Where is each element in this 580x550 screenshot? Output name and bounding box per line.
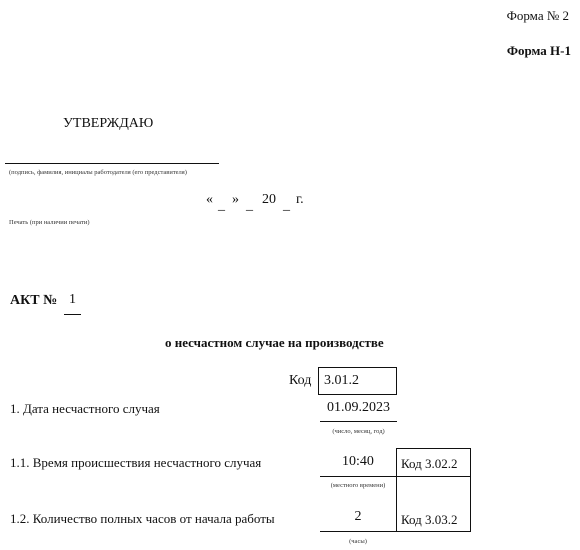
code-label: Код xyxy=(289,373,311,389)
codes-box: Код 3.02.2 Код 3.03.2 xyxy=(396,448,471,532)
date-day-blank: _ xyxy=(217,198,227,214)
date-label: 1. Дата несчастного случая xyxy=(10,401,160,417)
hours-label: 1.2. Количество полных часов от начала р… xyxy=(10,511,275,527)
code-value: 3.01.2 xyxy=(324,373,359,389)
hours-underline xyxy=(320,531,397,532)
hours-code: Код 3.03.2 xyxy=(401,512,458,528)
date-value: 01.09.2023 xyxy=(320,400,397,416)
signature-caption: (подпись, фамилия, инициалы работодателя… xyxy=(9,169,187,176)
date-year-label: г. xyxy=(296,192,304,207)
act-number: 1 xyxy=(64,292,81,308)
date-open-quote: « xyxy=(206,192,213,207)
date-underline xyxy=(320,421,397,422)
form-code: Форма Н-1 xyxy=(507,43,571,59)
approve-label: УТВЕРЖДАЮ xyxy=(63,116,153,132)
date-close-quote: » xyxy=(232,192,239,207)
hours-value: 2 xyxy=(320,509,396,525)
act-subtitle: о несчастном случае на производстве xyxy=(165,335,384,351)
code-box: 3.01.2 xyxy=(318,367,397,395)
approval-date: « _ » _ 20 _ г. xyxy=(206,192,304,214)
form-number: Форма № 2 xyxy=(507,8,569,24)
act-title-prefix: АКТ № xyxy=(10,293,57,308)
time-code: Код 3.02.2 xyxy=(401,456,458,472)
date-year-blank: _ xyxy=(282,198,292,214)
codes-box-divider xyxy=(397,476,470,477)
date-month-blank: _ xyxy=(245,198,255,214)
time-value: 10:40 xyxy=(320,454,396,470)
time-underline xyxy=(320,476,397,477)
signature-line xyxy=(5,163,219,164)
time-label: 1.1. Время происшествия несчастного случ… xyxy=(10,455,261,471)
date-caption: (число, месяц, год) xyxy=(320,428,397,435)
stamp-caption: Печать (при наличии печати) xyxy=(9,219,90,226)
time-caption: (местного времени) xyxy=(320,482,396,489)
hours-caption: (часы) xyxy=(320,538,396,545)
date-year-prefix: 20 xyxy=(262,192,276,207)
act-title: АКТ № xyxy=(10,293,57,309)
act-number-underline xyxy=(64,314,81,315)
